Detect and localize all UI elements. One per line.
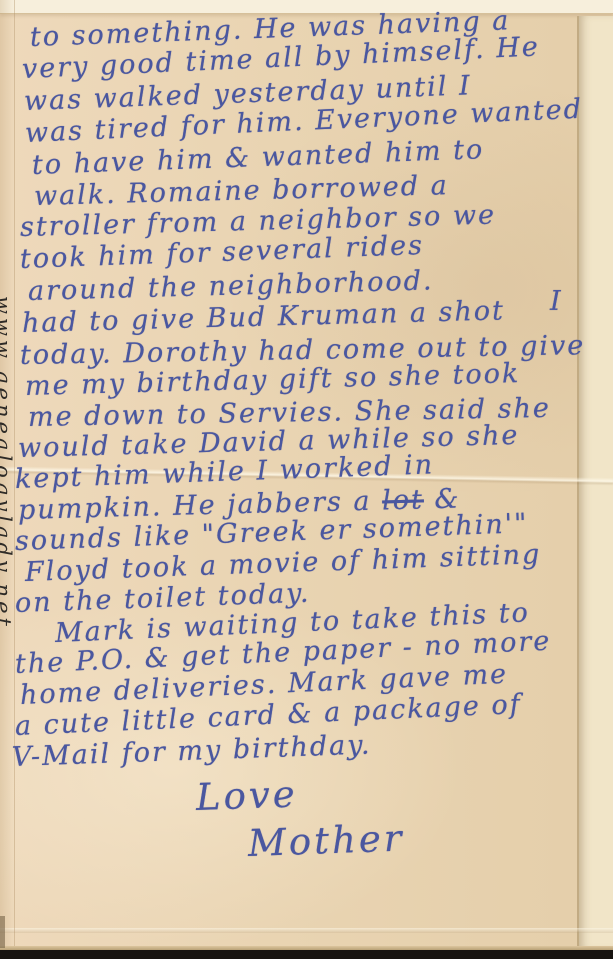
letter-closing: Love bbox=[195, 772, 298, 819]
scanner-dark-edge bbox=[0, 950, 613, 959]
letter-signature: Mother bbox=[247, 817, 405, 865]
watermark: www.genealogylady.net bbox=[0, 296, 15, 630]
corner-shadow bbox=[0, 916, 5, 948]
fold-crease-bottom bbox=[0, 928, 613, 933]
letter-line-raised-i: I bbox=[550, 286, 563, 317]
